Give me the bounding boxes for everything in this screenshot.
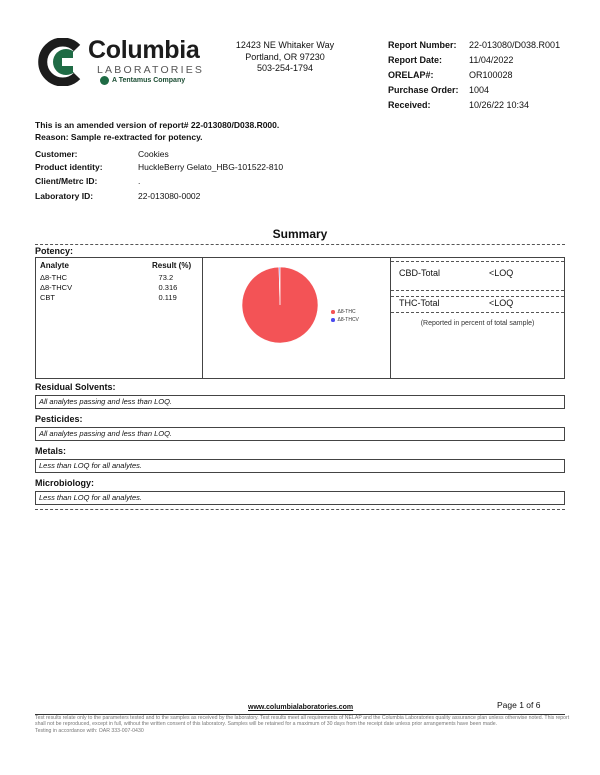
totals-note: (Reported in percent of total sample): [391, 320, 564, 327]
meta-label: Report Number:: [388, 40, 469, 55]
legend-item: Δ8-THC: [331, 308, 359, 316]
meta-value: 1004: [469, 85, 489, 100]
analyte-name: Δ8-THC: [40, 273, 151, 282]
info-label: Client/Metrc ID:: [35, 176, 138, 186]
testing-standard: Testing in accordance with: OAR 333-007-…: [35, 728, 575, 734]
disclaimer-text: Test results relate only to the paramete…: [35, 715, 575, 728]
table-row: CBT0.119: [40, 292, 198, 302]
meta-label: Purchase Order:: [388, 85, 469, 100]
logo-tagline-text: A Tentamus Company: [112, 77, 185, 84]
microbiology-result: Less than LOQ for all analytes.: [35, 491, 565, 505]
residual-solvents-label: Residual Solvents:: [35, 382, 116, 392]
divider: [391, 261, 564, 262]
analyte-name: Δ8-THCV: [40, 283, 151, 292]
table-row: Δ8-THC73.2: [40, 272, 198, 282]
cbd-total: CBD-Total<LOQ: [399, 268, 559, 278]
potency-table-header: Analyte Result (%): [40, 261, 198, 270]
address-phone: 503-254-1794: [225, 63, 345, 75]
total-label: CBD-Total: [399, 268, 489, 278]
amendment-notice: This is an amended version of report# 22…: [35, 120, 279, 143]
logo-subtitle: LABORATORIES: [97, 64, 204, 76]
info-value: Cookies: [138, 149, 169, 159]
meta-value: OR100028: [469, 70, 513, 85]
info-label: Customer:: [35, 149, 138, 159]
info-row: Product identity:HuckleBerry Gelato_HBG-…: [35, 161, 283, 175]
sample-info: Customer:Cookies Product identity:Huckle…: [35, 147, 283, 205]
legend-label: Δ8-THC: [338, 309, 356, 315]
footer-disclaimer: Test results relate only to the paramete…: [35, 715, 575, 734]
meta-row: Report Date:11/04/2022: [388, 55, 560, 70]
metals-result: Less than LOQ for all analytes.: [35, 459, 565, 473]
thc-total: THC-Total<LOQ: [399, 298, 559, 308]
tentamus-icon: [100, 76, 109, 85]
info-row: Client/Metrc ID:.: [35, 174, 283, 188]
meta-row: Report Number:22-013080/D038.R001: [388, 40, 560, 55]
analyte-result: 0.119: [151, 293, 198, 302]
potency-table: Analyte Result (%) Δ8-THC73.2 Δ8-THCV0.3…: [36, 258, 203, 378]
info-row: Customer:Cookies: [35, 147, 283, 161]
page-number: Page 1 of 6: [497, 700, 540, 710]
legend-swatch: [331, 310, 335, 314]
potency-pie-chart: Δ8-THCΔ8-THCV: [203, 258, 391, 378]
legend-item: Δ8-THCV: [331, 316, 359, 324]
potency-totals: CBD-Total<LOQ THC-Total<LOQ (Reported in…: [391, 258, 564, 378]
pesticides-label: Pesticides:: [35, 414, 83, 424]
meta-value: 22-013080/D038.R001: [469, 40, 560, 55]
address-city: Portland, OR 97230: [225, 52, 345, 64]
metals-label: Metals:: [35, 446, 66, 456]
legend-swatch: [331, 318, 335, 322]
analyte-name: CBT: [40, 293, 151, 302]
analyte-result: 73.2: [151, 273, 198, 282]
logo-company-name: Columbia: [88, 36, 200, 65]
info-value: .: [138, 176, 140, 186]
legend-label: Δ8-THCV: [338, 317, 359, 323]
total-value: <LOQ: [489, 298, 513, 308]
divider: [35, 509, 565, 510]
summary-title: Summary: [0, 227, 600, 241]
residual-solvents-result: All analytes passing and less than LOQ.: [35, 395, 565, 409]
header-analyte: Analyte: [40, 261, 152, 270]
meta-label: ORELAP#:: [388, 70, 469, 85]
total-label: THC-Total: [399, 298, 489, 308]
table-row: Δ8-THCV0.316: [40, 282, 198, 292]
meta-value: 11/04/2022: [469, 55, 513, 70]
analyte-result: 0.316: [151, 283, 198, 292]
lab-address: 12423 NE Whitaker Way Portland, OR 97230…: [225, 40, 345, 75]
potency-label: Potency:: [35, 246, 73, 256]
meta-value: 10/26/22 10:34: [469, 100, 529, 115]
info-value: 22-013080-0002: [138, 191, 200, 201]
potency-box: Analyte Result (%) Δ8-THC73.2 Δ8-THCV0.3…: [35, 257, 565, 379]
meta-label: Received:: [388, 100, 469, 115]
microbiology-label: Microbiology:: [35, 478, 94, 488]
meta-row: Received:10/26/22 10:34: [388, 100, 560, 115]
pie-chart: [203, 261, 403, 361]
info-value: HuckleBerry Gelato_HBG-101522-810: [138, 162, 283, 172]
divider: [391, 312, 564, 313]
footer-website-link[interactable]: www.columbialaboratories.com: [248, 704, 353, 711]
divider: [391, 290, 564, 291]
company-logo-mark: [37, 38, 85, 86]
meta-label: Report Date:: [388, 55, 469, 70]
report-meta: Report Number:22-013080/D038.R001 Report…: [388, 40, 560, 115]
meta-row: ORELAP#:OR100028: [388, 70, 560, 85]
meta-row: Purchase Order:1004: [388, 85, 560, 100]
address-street: 12423 NE Whitaker Way: [225, 40, 345, 52]
total-value: <LOQ: [489, 268, 513, 278]
chart-legend: Δ8-THCΔ8-THCV: [331, 308, 359, 324]
divider: [35, 244, 565, 245]
info-label: Product identity:: [35, 162, 138, 172]
columbia-logo-icon: [37, 38, 85, 86]
pesticides-result: All analytes passing and less than LOQ.: [35, 427, 565, 441]
info-row: Laboratory ID:22-013080-0002: [35, 188, 283, 205]
header-result: Result (%): [152, 261, 192, 270]
amendment-line: This is an amended version of report# 22…: [35, 120, 279, 132]
info-label: Laboratory ID:: [35, 191, 138, 201]
amendment-reason: Reason: Sample re-extracted for potency.: [35, 132, 279, 144]
divider: [391, 296, 564, 297]
logo-tagline: A Tentamus Company: [100, 76, 185, 85]
